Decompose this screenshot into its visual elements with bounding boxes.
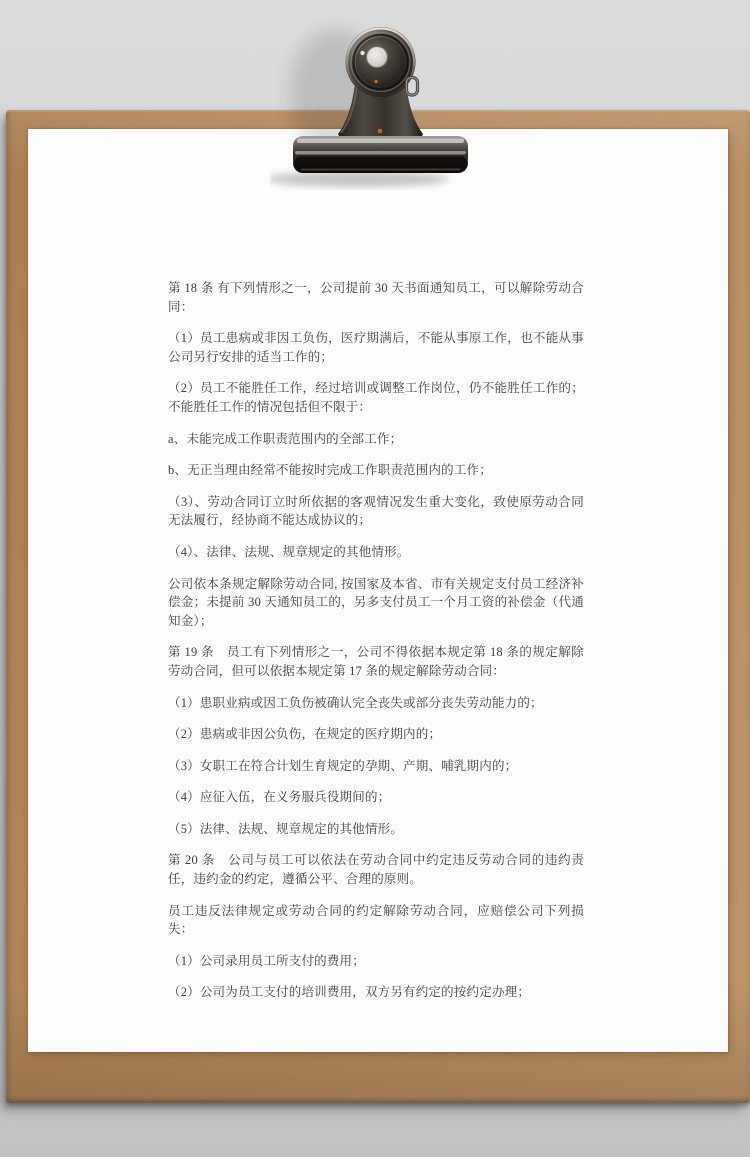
doc-paragraph: （1）公司录用员工所支付的费用； [168,952,584,971]
clipboard-board: 第 18 条 有下列情形之一，公司提前 30 天书面通知员工，可以解除劳动合同：… [6,110,750,1103]
doc-paragraph: 第 20 条 公司与员工可以依法在劳动合同中约定违反劳动合同的违约责任，违约金的… [168,851,584,888]
doc-paragraph: （1）员工患病或非因工负伤，医疗期满后，不能从事原工作，也不能从事公司另行安排的… [168,329,584,366]
doc-paragraph: （3）、劳动合同订立时所依据的客观情况发生重大变化，致使原劳动合同无法履行，经协… [168,493,584,530]
doc-paragraph: 员工违反法律规定或劳动合同的约定解除劳动合同，应赔偿公司下列损失： [168,902,584,939]
document-text: 第 18 条 有下列情形之一，公司提前 30 天书面通知员工，可以解除劳动合同：… [168,279,584,1015]
clip-lever [407,78,418,96]
binder-clip [270,10,490,190]
doc-paragraph: （4）、法律、法规、规章规定的其他情形。 [168,543,584,562]
clip-knob-speck [360,51,364,55]
doc-paragraph: 第 18 条 有下列情形之一，公司提前 30 天书面通知员工，可以解除劳动合同： [168,279,584,316]
clip-accent-dot-lower [378,129,383,134]
doc-paragraph: （3）女职工在符合计划生育规定的孕期、产期、哺乳期内的； [168,757,584,776]
clip-paper-shadow [270,171,450,187]
doc-paragraph: （1）患职业病或因工负伤被确认完全丧失或部分丧失劳动能力的； [168,694,584,713]
doc-paragraph: b、无正当理由经常不能按时完成工作职责范围内的工作； [168,461,584,480]
clip-bar-top-glare [297,139,464,144]
photo-scene: 第 18 条 有下列情形之一，公司提前 30 天书面通知员工，可以解除劳动合同：… [0,0,750,1157]
clip-bar-mid-glare [295,151,466,155]
clip-accent-dot-upper [374,80,378,84]
doc-paragraph: （2）公司为员工支付的培训费用，双方另有约定的按约定办理； [168,983,584,1002]
doc-paragraph: a、未能完成工作职责范围内的全部工作； [168,430,584,449]
doc-paragraph: 公司依本条规定解除劳动合同, 按国家及本省、市有关规定支付员工经济补偿金；未提前… [168,575,584,631]
clip-bar-dark-band [294,157,467,169]
doc-paragraph: （2）患病或非因公负伤，在规定的医疗期内的； [168,725,584,744]
clip-knob-hole [367,47,388,68]
doc-paragraph: （5）法律、法规、规章规定的其他情形。 [168,820,584,839]
doc-paragraph: （4）应征入伍，在义务服兵役期间的； [168,788,584,807]
doc-paragraph: （2）员工不能胜任工作，经过培训或调整工作岗位，仍不能胜任工作的；不能胜任工作的… [168,379,584,416]
doc-paragraph: 第 19 条 员工有下列情形之一，公司不得依据本规定第 18 条的规定解除劳动合… [168,643,584,680]
paper-sheet: 第 18 条 有下列情形之一，公司提前 30 天书面通知员工，可以解除劳动合同：… [28,129,728,1052]
clip-bar-bottom-edge [301,169,460,171]
